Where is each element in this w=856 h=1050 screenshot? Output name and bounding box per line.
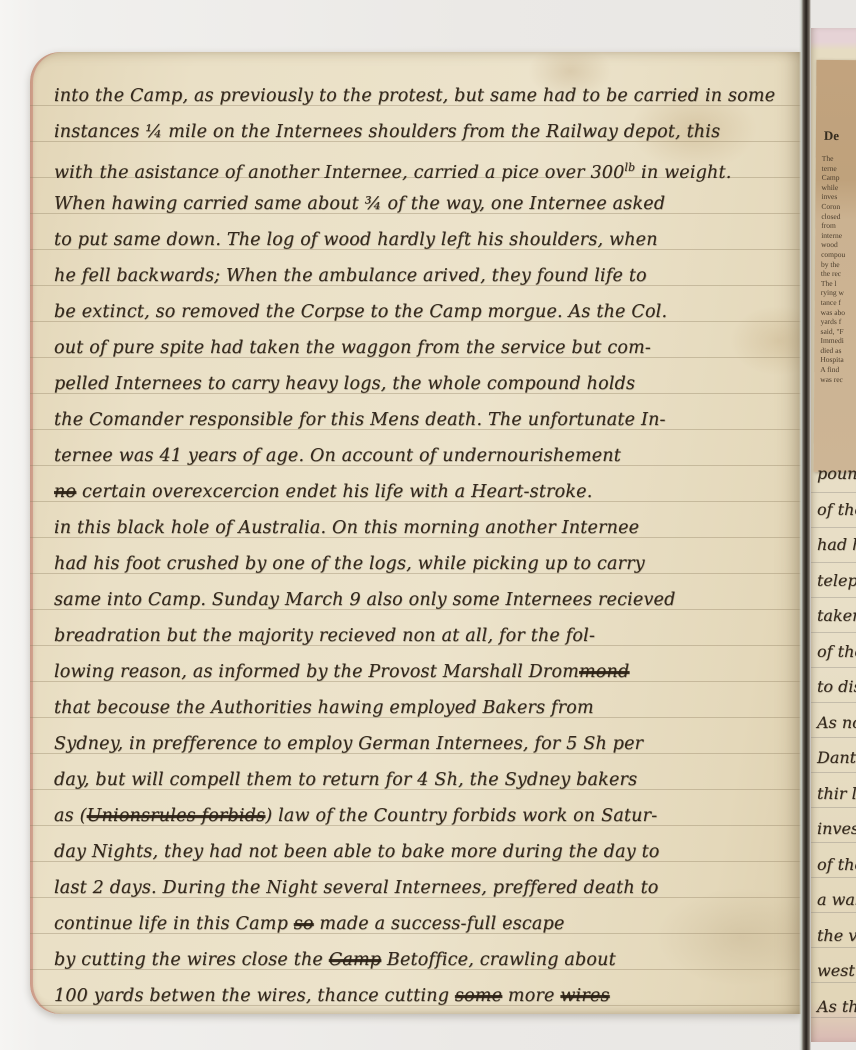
handwritten-fragment: west	[817, 953, 856, 989]
handwriting-segment: more	[502, 986, 560, 1006]
handwriting-segment: day, but will compell them to return for…	[54, 770, 637, 790]
handwritten-fragment: teleph	[817, 563, 856, 599]
clipping-line: Coron	[815, 202, 856, 212]
handwritten-fragment: of the C	[817, 634, 856, 670]
handwriting-segment: lb	[624, 161, 635, 174]
handwritten-line: no certain overexcercion endet his life …	[54, 474, 790, 510]
clipping-line: inves	[815, 192, 856, 202]
newspaper-clipping: De TheterneCampwhileinvesCoronclosedfrom…	[814, 60, 856, 472]
handwriting-segment: the Comander responsible for this Mens d…	[54, 410, 666, 430]
clipping-line: The l	[815, 279, 856, 289]
handwriting-segment: ) law of the Country forbids work on Sat…	[265, 806, 657, 826]
clipping-body: TheterneCampwhileinvesCoronclosedfromint…	[814, 154, 856, 385]
notebook-right-page: De TheterneCampwhileinvesCoronclosedfrom…	[811, 28, 856, 1042]
struck-word: wires	[560, 986, 609, 1006]
handwriting-segment: same into Camp. Sunday March 9 also only…	[54, 590, 676, 610]
clipping-line: by the	[815, 259, 856, 269]
handwritten-line: 100 yards betwen the wires, thance cutti…	[54, 978, 790, 1014]
clipping-line: the rec	[815, 269, 856, 279]
clipping-line: closed	[815, 211, 856, 221]
clipping-line: interne	[815, 231, 856, 241]
handwriting-segment: be extinct, so removed the Corpse to the…	[54, 302, 667, 322]
handwritten-fragment: had h	[817, 527, 856, 563]
handwriting-segment: Sydney, in prefference to employ German …	[54, 734, 643, 754]
clipping-line: wood	[815, 240, 856, 250]
handwriting-segment: last 2 days. During the Night several In…	[54, 878, 659, 898]
handwritten-line: lowing reason, as informed by the Provos…	[54, 654, 790, 690]
handwritten-line: into the Camp, as previously to the prot…	[54, 78, 790, 114]
clipping-line: from	[815, 221, 856, 231]
handwriting-segment: pelled Internees to carry heavy logs, th…	[54, 374, 635, 394]
handwritten-fragment: thir lea	[817, 776, 856, 812]
handwritten-line: that becouse the Authorities hawing empl…	[54, 690, 790, 726]
right-page-handwriting: poundof the Cohad htelephtakenof the Cto…	[817, 456, 856, 1024]
handwritten-line: continue life in this Camp so made a suc…	[54, 906, 790, 942]
clipping-line: while	[816, 183, 856, 193]
handwritten-fragment: taken	[817, 598, 856, 634]
handwritten-line: breadration but the majority recieved no…	[54, 618, 790, 654]
struck-word: mond	[579, 662, 629, 682]
clipping-line: died as	[814, 346, 856, 356]
handwritten-line: ternee was 41 years of age. On account o…	[54, 438, 790, 474]
page-gutter-shadow	[799, 0, 811, 1050]
clipping-line: was rec	[814, 374, 856, 384]
handwriting-segment: 100 yards betwen the wires, thance cutti…	[54, 986, 455, 1006]
clipping-line: A find	[814, 365, 856, 375]
notebook-left-page: into the Camp, as previously to the prot…	[30, 52, 802, 1014]
handwriting-segment: in weight.	[635, 163, 731, 183]
handwritten-fragment: a wall	[817, 882, 856, 918]
clipping-line: said, "F	[815, 327, 856, 337]
handwriting-segment: day Nights, they had not been able to ba…	[54, 842, 660, 862]
handwriting-segment: continue life in this Camp	[54, 914, 294, 934]
handwriting-segment: ternee was 41 years of age. On account o…	[54, 446, 621, 466]
handwritten-line: to put same down. The log of wood hardly…	[54, 222, 790, 258]
handwritten-fragment: of the Co	[817, 492, 856, 528]
handwriting-segment: by cutting the wires close the	[54, 950, 329, 970]
handwriting-segment: instances ¼ mile on the Internees should…	[54, 122, 720, 142]
handwriting-segment: to put same down. The log of wood hardly…	[54, 230, 658, 250]
handwritten-line: day Nights, they had not been able to ba…	[54, 834, 790, 870]
handwriting-segment: lowing reason, as informed by the Provos…	[54, 662, 579, 682]
handwritten-line: be extinct, so removed the Corpse to the…	[54, 294, 790, 330]
clipping-headline: De	[824, 128, 856, 144]
clipping-line: rying w	[815, 288, 856, 298]
struck-word: so	[294, 914, 314, 934]
handwriting-segment: he fell backwards; When the ambulance ar…	[54, 266, 647, 286]
handwritten-line: pelled Internees to carry heavy logs, th…	[54, 366, 790, 402]
handwriting-segment: with the asistance of another Internee, …	[54, 163, 624, 183]
handwritten-line: by cutting the wires close the Camp Beto…	[54, 942, 790, 978]
handwritten-line: the Comander responsible for this Mens d…	[54, 402, 790, 438]
handwriting-segment: out of pure spite had taken the waggon f…	[54, 338, 651, 358]
handwritten-text: into the Camp, as previously to the prot…	[30, 52, 802, 1014]
handwriting-segment: into the Camp, as previously to the prot…	[54, 86, 775, 106]
clipping-line: Immedi	[814, 336, 856, 346]
handwritten-line: Sydney, in prefference to employ German …	[54, 726, 790, 762]
struck-word: some	[455, 986, 502, 1006]
struck-word: Camp	[329, 950, 381, 970]
handwritten-line: in this black hole of Australia. On this…	[54, 510, 790, 546]
clipping-line: Camp	[816, 173, 856, 183]
handwriting-segment: in this black hole of Australia. On this…	[54, 518, 639, 538]
handwriting-segment: When hawing carried same about ¾ of the …	[54, 194, 665, 214]
clipping-line: yards f	[815, 317, 856, 327]
handwritten-fragment: As the	[817, 989, 856, 1025]
clipping-line: Hospita	[814, 355, 856, 365]
handwritten-fragment: investi	[817, 811, 856, 847]
handwritten-line: out of pure spite had taken the waggon f…	[54, 330, 790, 366]
handwriting-segment: Betoffice, crawling about	[381, 950, 616, 970]
handwritten-fragment: pound	[817, 456, 856, 492]
clipping-line: compou	[815, 250, 856, 260]
handwriting-segment: that becouse the Authorities hawing empl…	[54, 698, 594, 718]
clipping-line: The	[816, 154, 856, 164]
handwritten-line: he fell backwards; When the ambulance ar…	[54, 258, 790, 294]
handwritten-line: day, but will compell them to return for…	[54, 762, 790, 798]
handwriting-segment: certain overexcercion endet his life wit…	[76, 482, 592, 502]
handwritten-line: instances ¼ mile on the Internees should…	[54, 114, 790, 150]
handwritten-line: as (Unionsrules forbids) law of the Coun…	[54, 798, 790, 834]
handwritten-line: with the asistance of another Internee, …	[54, 150, 790, 186]
clipping-line: tance f	[815, 298, 856, 308]
clipping-line: was abo	[815, 307, 856, 317]
handwriting-segment: made a success-full escape	[314, 914, 565, 934]
handwritten-fragment: the ver	[817, 918, 856, 954]
handwritten-line: When hawing carried same about ¾ of the …	[54, 186, 790, 222]
handwriting-segment: as (	[54, 806, 87, 826]
handwriting-segment: breadration but the majority recieved no…	[54, 626, 595, 646]
handwriting-segment: had his foot crushed by one of the logs,…	[54, 554, 645, 574]
handwritten-line: last 2 days. During the Night several In…	[54, 870, 790, 906]
handwritten-fragment: to disp	[817, 669, 856, 705]
handwritten-line: had his foot crushed by one of the logs,…	[54, 546, 790, 582]
handwritten-fragment: Danti	[817, 740, 856, 776]
handwritten-line: same into Camp. Sunday March 9 also only…	[54, 582, 790, 618]
handwritten-fragment: of the s	[817, 847, 856, 883]
struck-word: no	[54, 482, 76, 502]
clipping-line: terne	[816, 163, 856, 173]
handwritten-fragment: As no	[817, 705, 856, 741]
struck-word: Unionsrules forbids	[87, 806, 266, 826]
